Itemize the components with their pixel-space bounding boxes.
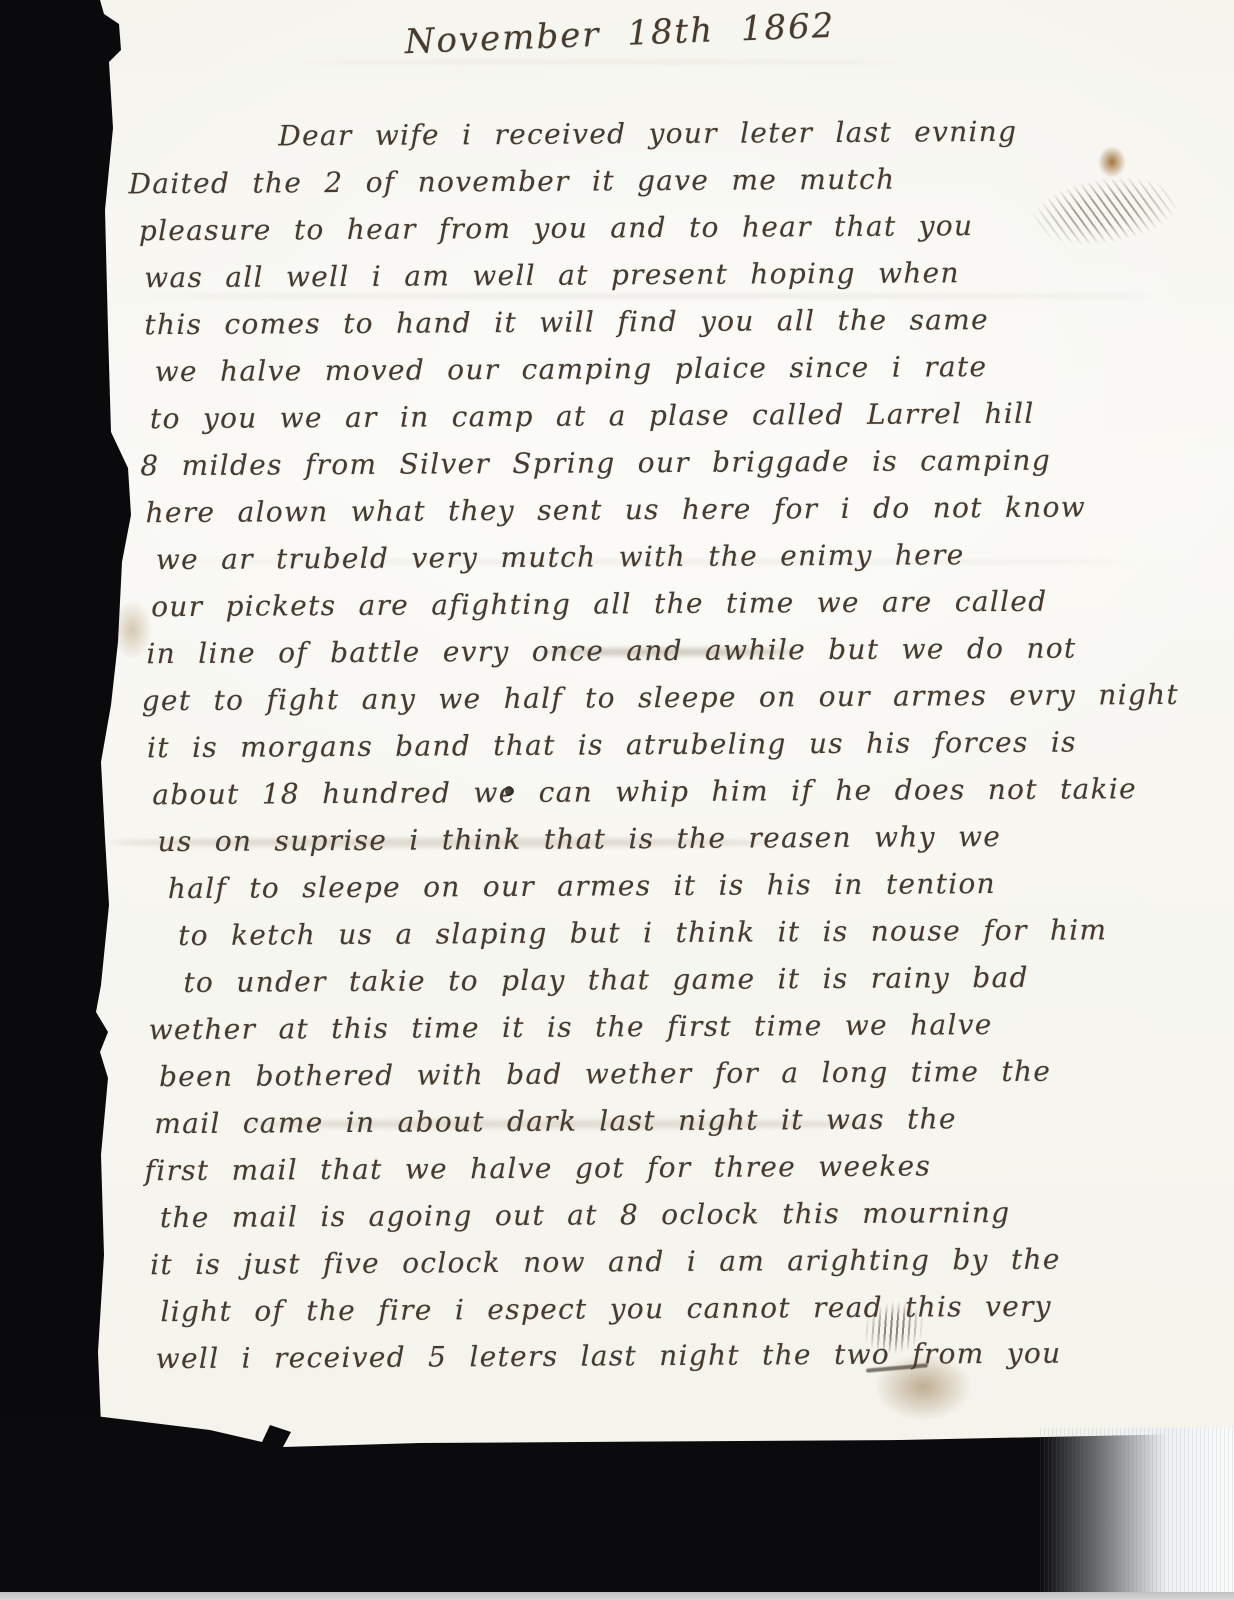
letter-line: to you we ar in camp at a plase called L… [150,389,1215,443]
letter-line: here alown what they sent us here for i … [145,483,1215,537]
letter-line: this comes to hand it will find you all … [144,295,1214,349]
letter-line: we halve moved our camping plaice since … [155,342,1215,395]
letter-line: the mail is agoing out at 8 oclock this … [160,1188,1220,1241]
letter-line: Daited the 2 of november it gave me mutc… [128,154,1213,208]
letter-line: it is just five oclock now and i am arig… [150,1235,1220,1289]
letter-line: mail came in about dark last night it wa… [154,1094,1219,1148]
letter-scan: November 18th 1862 Dear wife i received … [0,0,1234,1600]
letter-line: in line of battle evry once and awhile b… [146,624,1216,678]
paper: November 18th 1862 Dear wife i received … [0,0,1234,1600]
letter-line: been bothered with bad wether for a long… [159,1047,1219,1100]
letter-line: half to sleepe on our armes it is his in… [168,859,1218,912]
letter-line: about 18 hundred we can whip him if he d… [152,765,1217,819]
letter-line: to under takie to play that game it is r… [183,953,1218,1006]
scanner-bed-strip [0,1592,1234,1600]
letter-line: well i received 5 leters last night the … [156,1329,1221,1383]
letter-body: Dear wife i received your leter last evn… [128,107,1221,1383]
letter-line: wether at this time it is the first time… [149,1000,1219,1054]
letter-line: Dear wife i received your leter last evn… [278,107,1213,160]
letter-line: 8 mildes from Silver Spring our briggade… [140,436,1215,490]
scan-edge-fade [1040,1428,1234,1600]
letter-line: our pickets are afighting all the time w… [151,577,1216,631]
letter-line: light of the fire i espect you cannot re… [160,1282,1220,1335]
letter-line: first mail that we halve got for three w… [144,1141,1219,1195]
letter-line: get to fight any we half to sleepe on ou… [142,671,1217,725]
letter-line: us on suprise i think that is the reasen… [157,812,1217,865]
letter-line: it is morgans band that is atrubeling us… [147,718,1217,772]
letter-line: was all well i am well at present hoping… [144,248,1214,302]
letter-line: we ar trubeld very mutch with the enimy … [156,530,1216,583]
letter-date: November 18th 1862 [339,3,900,64]
letter-line: pleasure to hear from you and to hear th… [139,201,1214,255]
letter-line: to ketch us a slaping but i think it is … [178,906,1218,959]
